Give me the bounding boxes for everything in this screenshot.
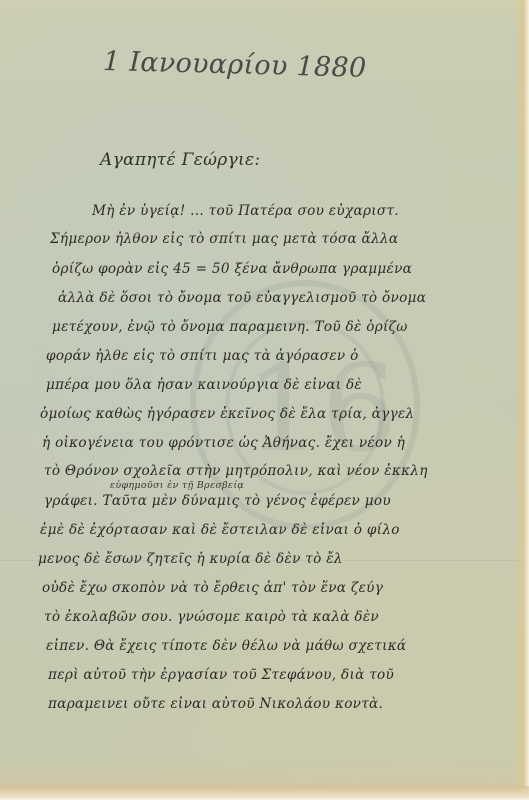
interlinear-note: εὐφημοῦσι ἐν τῇ Βρεσβείᾳ [110, 480, 244, 491]
letter-line: γράφει. Ταῦτα μὲν δύναμις τὸ γένος ἐφέρε… [44, 493, 515, 509]
letter-line: παραμεινει οὔτε εἶναι αὐτοῦ Νικολάου κον… [48, 696, 515, 712]
letter-line: ὁμοίως καθὼς ἠγόρασεν ἐκεῖνος δὲ ἔλα τρί… [40, 406, 515, 422]
letter-salutation: Αγαπητέ Γεώργιε: [100, 150, 260, 170]
letter-line: Μὴ ἐν ὑγείᾳ! ... τοῦ Πατέρα σου εὐχαριστ… [92, 203, 515, 219]
letter-line: μενος δὲ ἔσων ζητεῖς ἡ κυρία δὲ δὲν τὸ ἔ… [38, 551, 515, 567]
letter-date: 1 Ιανουαρίου 1880 [103, 46, 367, 84]
letter-line: ὁρίζω φορὰν εἰς 45 = 50 ξένα ἄνθρωπα γρα… [52, 261, 515, 277]
letter-line: μετέχουν, ἐνῷ τὸ ὄνομα παραμεινη. Τοῦ δὲ… [52, 319, 515, 335]
letter-line: Σήμερον ἦλθον εἰς τὸ σπίτι μας μετὰ τόσα… [50, 231, 515, 247]
letter-line: οὐδὲ ἔχω σκοπὸν νὰ τὸ ἔρθεις ἀπ' τὸν ἕνα… [42, 580, 515, 596]
letter-line: ἡ οἰκογένεια του φρόντισε ὡς Ἀθήνας. ἔχε… [42, 435, 515, 451]
letter-line: φοράν ἦλθε εἰς τὸ σπίτι μας τὰ ἀγόρασεν … [46, 348, 515, 364]
letter-page: 16 1 Ιανουαρίου 1880 Αγαπητέ Γεώργιε: Μὴ… [0, 0, 529, 800]
paper-right-edge [515, 0, 529, 800]
paper-bottom-edge [0, 786, 529, 800]
letter-line: περὶ αὐτοῦ τὴν ἐργασίαν τοῦ Στεφάνου, δι… [48, 667, 515, 683]
letter-line: ἀλλὰ δὲ ὅσοι τὸ ὄνομα τοῦ εὐαγγελισμοῦ τ… [58, 290, 515, 306]
letter-line: τὸ ἐκολαβῶν σου. γνώσομε καιρὸ τὰ καλὰ δ… [44, 609, 515, 625]
letter-line: εἶπεν. Θὰ ἔχεις τίποτε δὲν θέλω νὰ μάθω … [46, 638, 515, 654]
letter-line: μπέρα μου ὅλα ἦσαν καινούργια δὲ εἶναι δ… [46, 377, 515, 393]
letter-line: ἐμὲ δὲ ἐχόρτασαν καὶ δὲ ἔστειλαν δὲ εἶνα… [40, 522, 515, 538]
letter-line: τὸ Θρόνον σχολεῖα στὴν μητρόπολιν, καὶ ν… [44, 463, 515, 479]
